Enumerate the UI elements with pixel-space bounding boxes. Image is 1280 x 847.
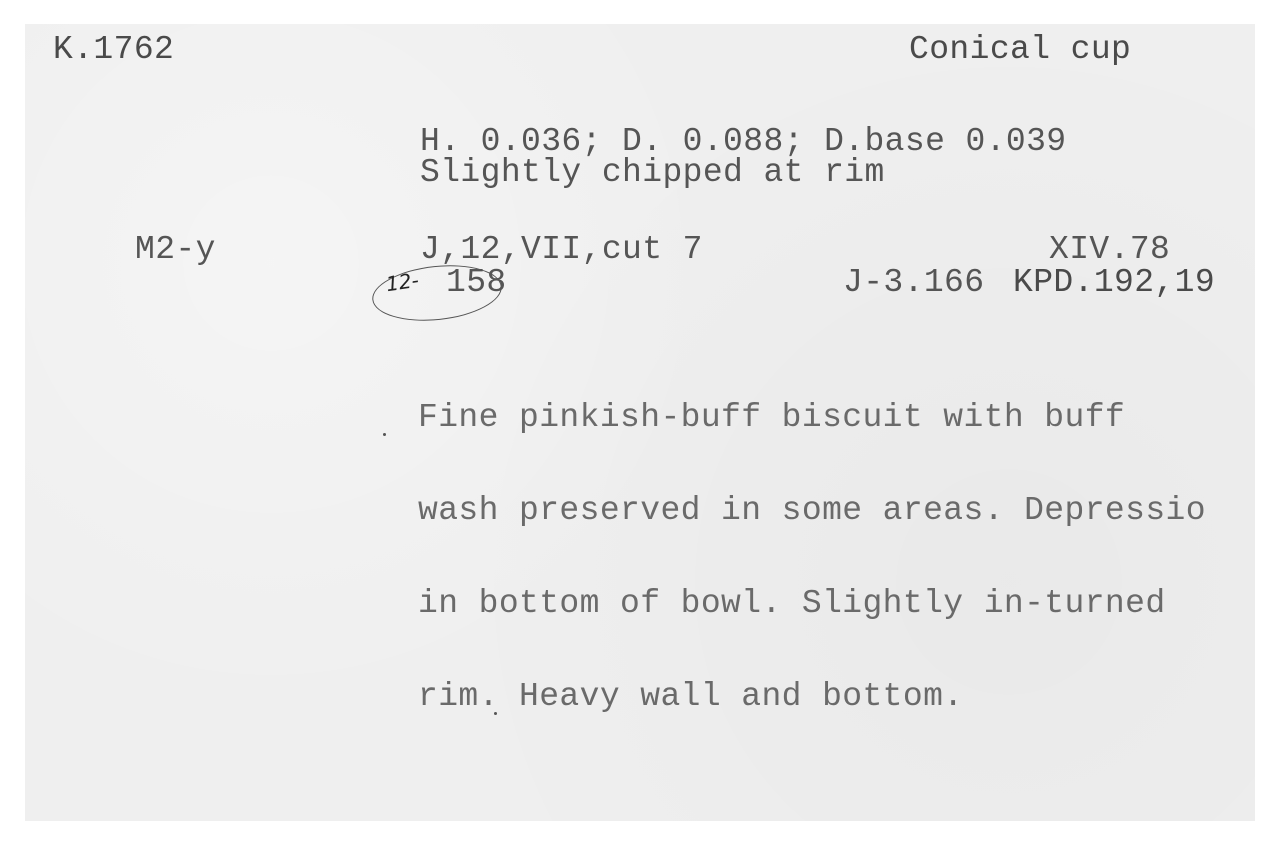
handwritten-inventory-prefix: 12- [384, 268, 420, 296]
ink-speck [383, 433, 386, 436]
catalog-card: K.1762 Conical cup H. 0.036; D. 0.088; D… [25, 24, 1255, 821]
plate-reference: XIV.78 [1049, 234, 1170, 265]
j-reference: J-3.166 [843, 267, 984, 298]
ink-speck [494, 712, 497, 715]
description-line: wash preserved in some areas. Depressio [418, 495, 1206, 526]
inventory-number: 158 [446, 267, 507, 298]
description-line: in bottom of bowl. Slightly in-turned [418, 588, 1206, 619]
description-line: Fine pinkish-buff biscuit with buff [418, 402, 1206, 433]
description: Fine pinkish-buff biscuit with buff wash… [418, 340, 1206, 774]
kpd-reference: KPD.192,19 [1013, 267, 1215, 298]
object-name: Conical cup [909, 34, 1131, 65]
reference-code: M2-y [135, 234, 216, 265]
findspot: J,12,VII,cut 7 [420, 234, 703, 265]
description-line: rim. Heavy wall and bottom. [418, 681, 1206, 712]
dimensions: H. 0.036; D. 0.088; D.base 0.039 [420, 126, 1067, 157]
condition-note: Slightly chipped at rim [420, 157, 885, 188]
catalog-number: K.1762 [53, 34, 174, 65]
